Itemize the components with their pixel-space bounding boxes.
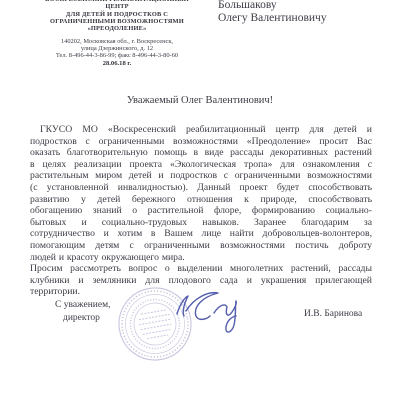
- recipient-surname: Большакову: [218, 0, 393, 12]
- body-line: бытовых и социально-трудовых навыков. За…: [30, 217, 372, 229]
- body-line: людей и красоту окружающего мира.: [30, 252, 372, 264]
- letter-body: ГКУСО МО «Воскресенский реабилитационный…: [30, 124, 372, 298]
- letter-page: ВОСКРЕСЕНСКИЙ РЕАБИЛИТАЦИОННЫЙ ЦЕНТР ДЛЯ…: [0, 0, 400, 400]
- body-line: подростков с ограниченными возможностями…: [30, 136, 372, 148]
- address-line: Тел. 8-496-44-3-86-99; факс 8-496-44-3-8…: [18, 53, 216, 60]
- letterhead-org-name: ВОСКРЕСЕНСКИЙ РЕАБИЛИТАЦИОННЫЙ ЦЕНТР ДЛЯ…: [18, 0, 216, 32]
- salutation: Уважаемый Олег Валентинович!: [0, 95, 400, 106]
- body-line: оказать благотворительную помощь в виде …: [30, 147, 372, 159]
- recipient-name-patronymic: Олегу Валентиновичу: [218, 12, 393, 25]
- org-name-line: ЦЕНТР: [18, 3, 216, 10]
- closing-block: С уважением, директор: [55, 299, 110, 324]
- closing-phrase: С уважением,: [55, 299, 110, 312]
- body-line: в целях реализации проекта «Экологическа…: [30, 159, 372, 171]
- body-line: обогащению знаний о растительной флоре, …: [30, 205, 372, 217]
- org-name-line: ДЛЯ ДЕТЕЙ И ПОДРОСТКОВ С: [18, 11, 216, 18]
- body-line: сотрудничество и хотим в Вашем лице найт…: [30, 228, 372, 240]
- body-line: клубники и земляники для плодового сада …: [30, 275, 372, 287]
- signature-icon: [172, 289, 252, 341]
- body-line: развитию у детей бережного отношения к п…: [30, 194, 372, 206]
- body-line: ГКУСО МО «Воскресенский реабилитационный…: [30, 124, 372, 136]
- signer-name: И.В. Баринова: [304, 309, 362, 319]
- letter-date: 28.06.18 г.: [18, 60, 216, 67]
- org-name-line: «ПРЕОДОЛЕНИЕ»: [18, 25, 216, 32]
- letterhead-address: 140202, Московская обл., г. Воскресенск,…: [18, 39, 216, 59]
- recipient-block: Большакову Олегу Валентиновичу: [218, 0, 393, 24]
- body-line: растительным миром детей и подростков с …: [30, 170, 372, 182]
- body-line: (с установленной инвалидностью). Данный …: [30, 182, 372, 194]
- signer-title: директор: [55, 312, 110, 325]
- org-name-line: ОГРАНИЧЕННЫМИ ВОЗМОЖНОСТЯМИ: [18, 18, 216, 25]
- body-line: Просим рассмотреть вопрос о выделении мн…: [30, 263, 372, 275]
- body-line: помогающим детям с ограниченными возможн…: [30, 240, 372, 252]
